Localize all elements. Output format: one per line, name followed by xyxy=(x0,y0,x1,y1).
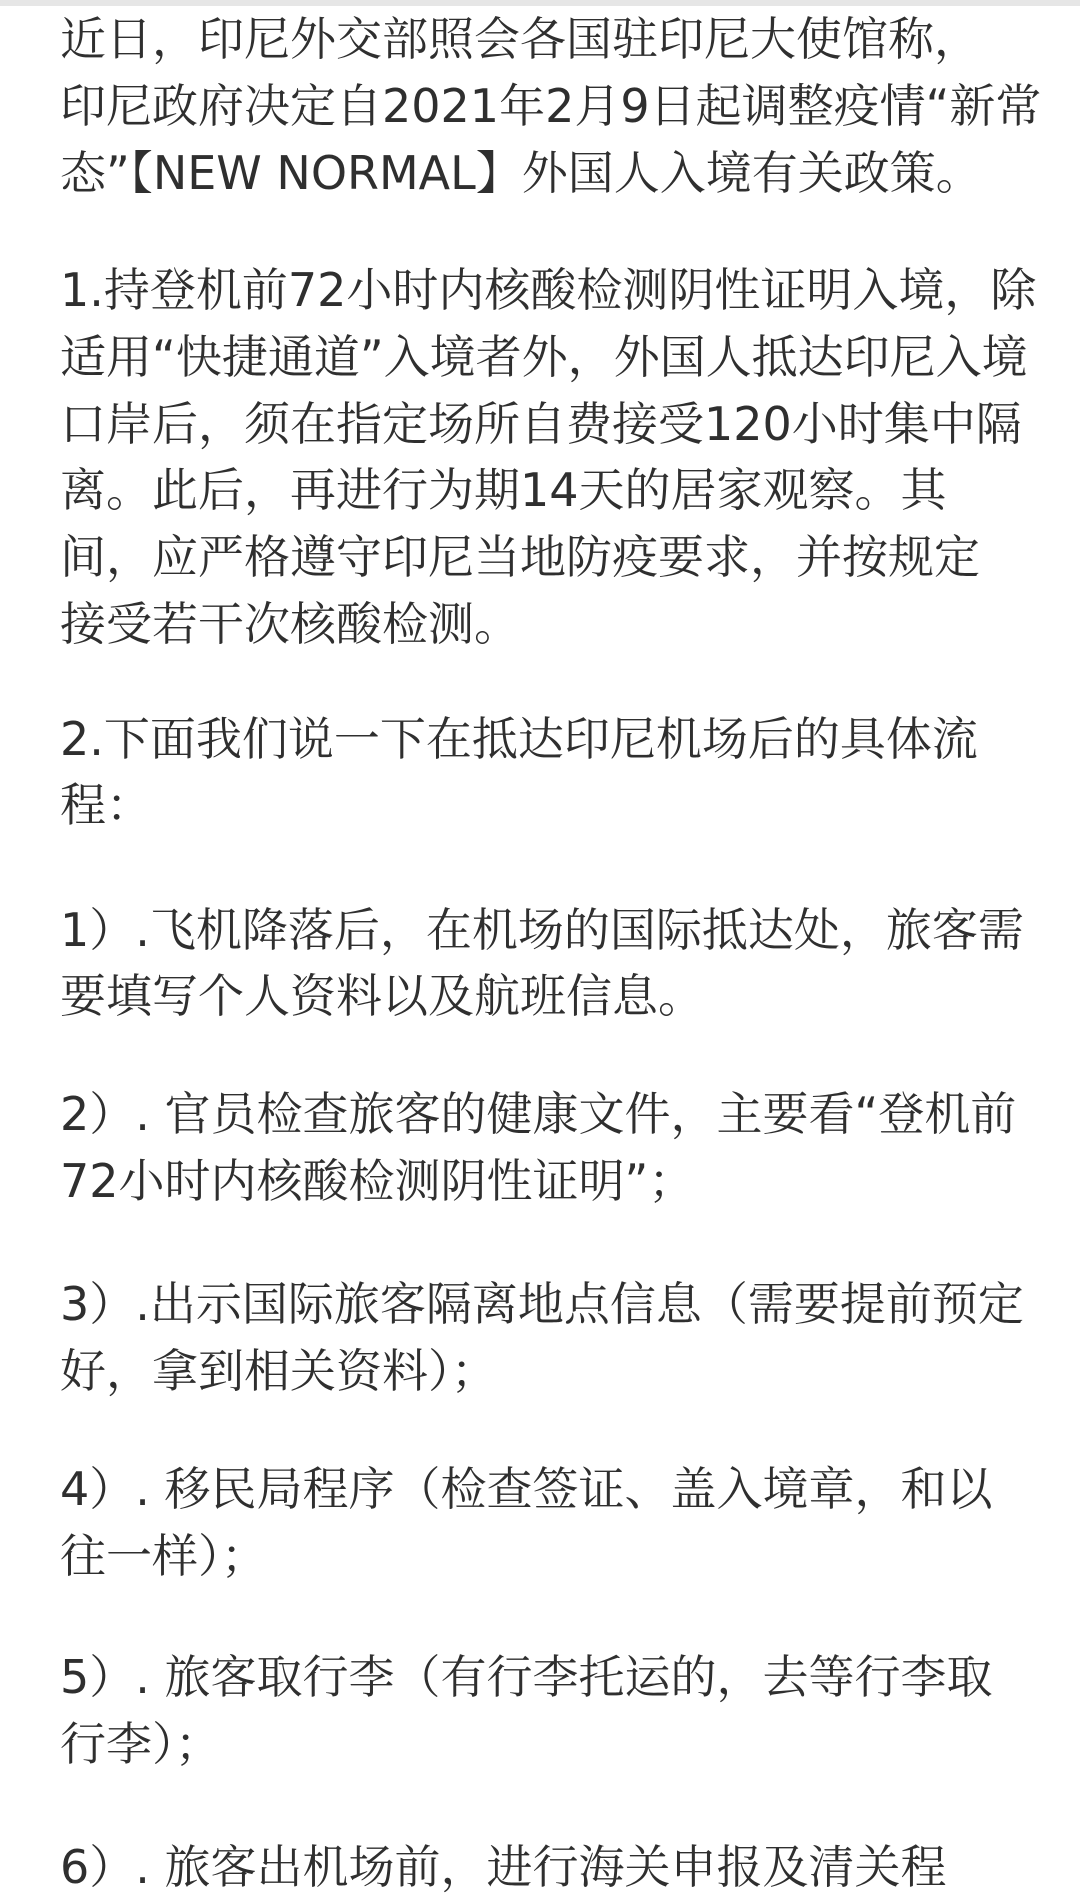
text-line: 1.持登机前72小时内核酸检测阴性证明入境，除 xyxy=(60,257,1036,324)
text-line: 离。此后，再进行为期14天的居家观察。其 xyxy=(60,457,947,524)
text-line: 口岸后，须在指定场所自费接受120小时集中隔 xyxy=(60,391,1022,458)
text-line: 行李）； xyxy=(60,1711,221,1778)
text-line: 态”【NEW NORMAL】外国人入境有关政策。 xyxy=(60,140,982,207)
text-line: 1）.飞机降落后，在机场的国际抵达处，旅客需 xyxy=(60,897,1024,964)
text-line: 接受若干次核酸检测。 xyxy=(60,591,520,658)
text-line: 程： xyxy=(60,772,152,839)
text-line: 近日，印尼外交部照会各国驻印尼大使馆称， xyxy=(60,6,980,73)
text-line: 3）.出示国际旅客隔离地点信息（需要提前预定 xyxy=(60,1271,1024,1338)
text-line: 72小时内核酸检测阴性证明”； xyxy=(60,1148,694,1215)
text-line: 适用“快捷通道”入境者外，外国人抵达印尼入境 xyxy=(60,324,1028,391)
text-line: 5）. 旅客取行李（有行李托运的，去等行李取 xyxy=(60,1644,993,1711)
text-line: 要填写个人资料以及航班信息。 xyxy=(60,963,704,1030)
text-line: 好，拿到相关资料）； xyxy=(60,1338,497,1405)
text-line: 2）. 官员检查旅客的健康文件，主要看“登机前 xyxy=(60,1081,1016,1148)
text-line: 往一样）； xyxy=(60,1523,267,1590)
text-line: 4）. 移民局程序（检查签证、盖入境章，和以 xyxy=(60,1456,993,1523)
text-line: 间，应严格遵守印尼当地防疫要求，并按规定 xyxy=(60,524,980,591)
text-line: 2.下面我们说一下在抵达印尼机场后的具体流 xyxy=(60,706,978,773)
text-line: 6）. 旅客出机场前，进行海关申报及清关程 xyxy=(60,1834,947,1898)
text-line: 印尼政府决定自2021年2月9日起调整疫情“新常 xyxy=(60,73,1041,140)
